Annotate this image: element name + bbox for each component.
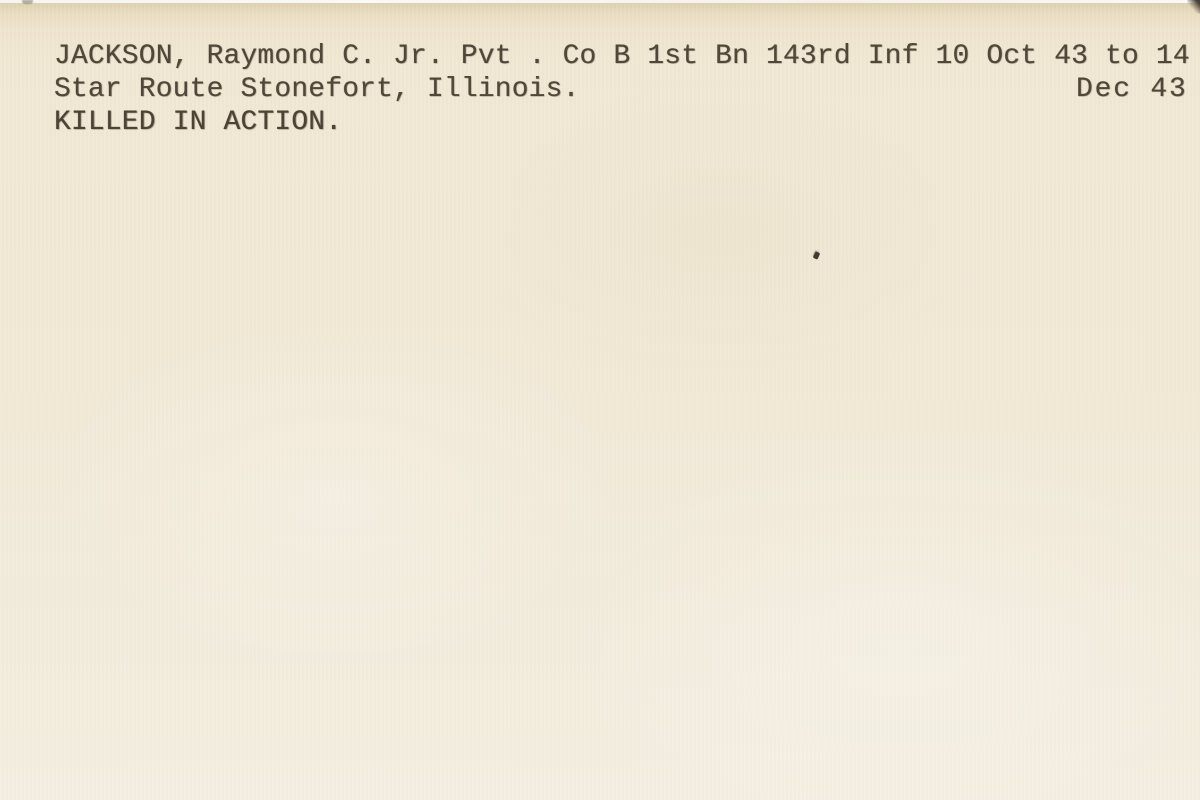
casualty-status-line: KILLED IN ACTION. [54,109,342,137]
service-record-line: JACKSON, Raymond C. Jr. Pvt . Co B 1st B… [54,43,1190,71]
ink-speck [813,251,820,259]
scan-top-edge [0,0,1200,3]
top-edge-smudge [22,0,33,4]
index-card: JACKSON, Raymond C. Jr. Pvt . Co B 1st B… [0,0,1200,800]
end-date-line: Dec 43 [1076,76,1188,104]
top-right-corner-mark [1186,0,1200,14]
address-line: Star Route Stonefort, Illinois. [54,76,580,104]
